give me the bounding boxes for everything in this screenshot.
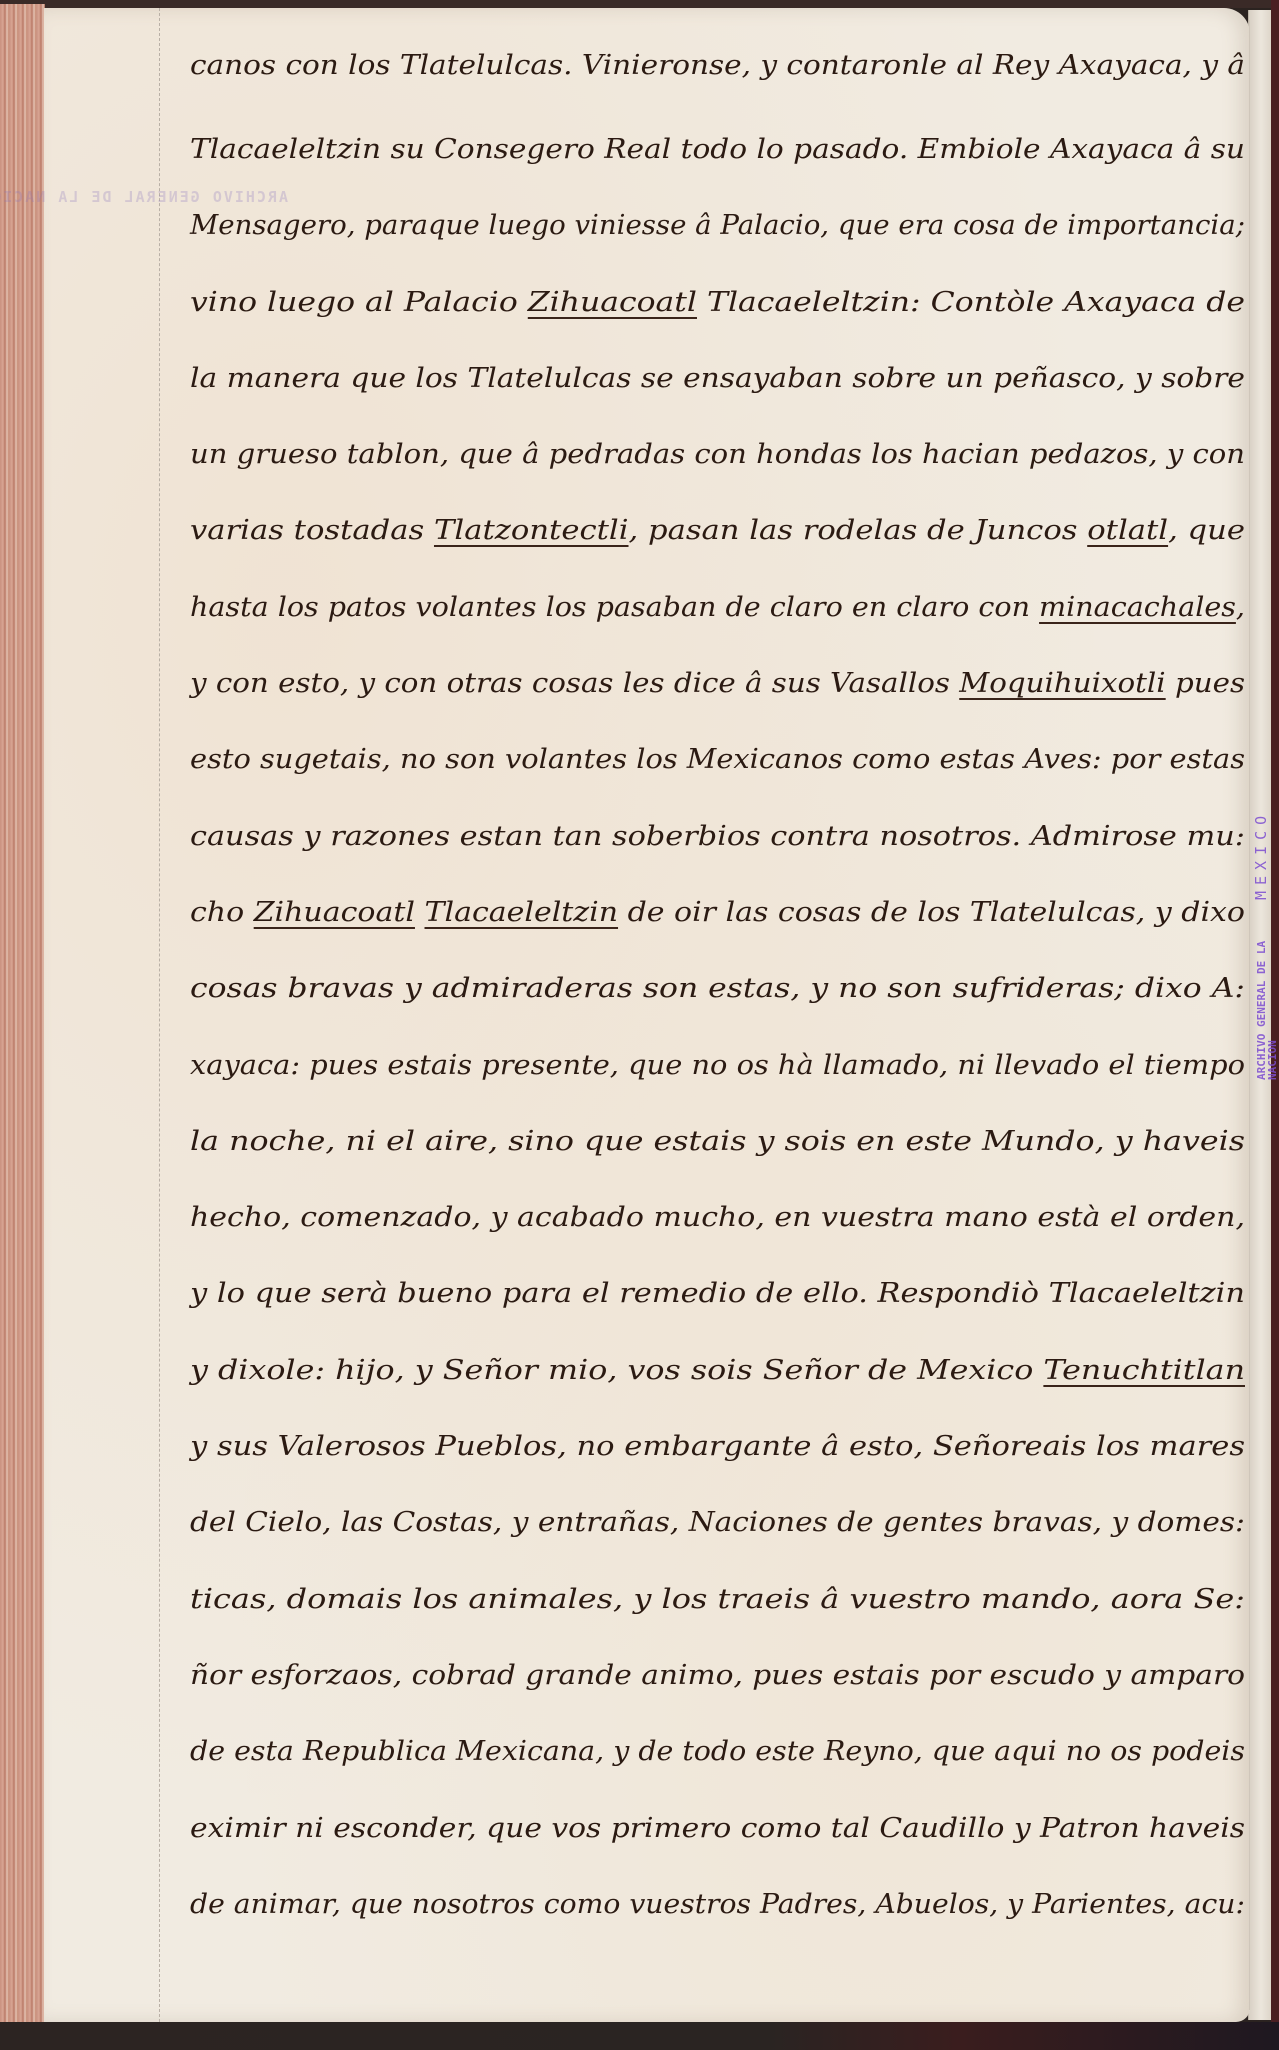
underlined-nahuatl-term: Moquihuixotli [959, 668, 1165, 699]
archive-stamp-country: MEXICO [1256, 810, 1278, 900]
underlined-nahuatl-term: Tenuchtitlan [1043, 1355, 1245, 1386]
book-cover-bottom [0, 2022, 1279, 2050]
underlined-nahuatl-term: Tlacaeleltzin [424, 897, 618, 928]
underlined-nahuatl-term: Zihuacoatl [528, 287, 697, 318]
text-line: varias tostadas Tlatzontectli, pasan las… [190, 511, 1252, 587]
text-line: eximir ni esconder, que vos primero como… [190, 1809, 1252, 1885]
text-line: hecho, comenzado, y acabado mucho, en vu… [190, 1198, 1252, 1274]
underlined-nahuatl-term: minacachales [1039, 592, 1236, 623]
text-line: del Cielo, las Costas, y entrañas, Nacio… [190, 1503, 1252, 1579]
archive-stamp: ARCHIVO GENERAL DE LA NACION MEXICO [1256, 810, 1278, 1080]
text-line: canos con los Tlatelulcas. Vinieronse, y… [190, 46, 1252, 130]
text-line: la manera que los Tlatelulcas se ensayab… [190, 359, 1252, 435]
underlined-nahuatl-term: Zihuacoatl [254, 897, 415, 928]
text-line: y lo que serà bueno para el remedio de e… [190, 1274, 1252, 1350]
text-line: vino luego al Palacio Zihuacoatl Tlacael… [190, 283, 1252, 359]
left-margin-rule [159, 8, 160, 2022]
text-line: de esta Republica Mexicana, y de todo es… [190, 1732, 1252, 1808]
text-line: causas y razones estan tan soberbios con… [190, 817, 1252, 893]
text-line: un grueso tablon, que â pedradas con hon… [190, 435, 1252, 511]
underlined-nahuatl-term: otlatl [1087, 515, 1168, 546]
text-line: Tlacaeleltzin su Consegero Real todo lo … [190, 130, 1252, 206]
text-line: ticas, domais los animales, y los traeis… [190, 1580, 1252, 1656]
text-line: ñor esforzaos, cobrad grande animo, pues… [190, 1656, 1252, 1732]
manuscript-scan: ARCHIVO GENERAL DE LA NACION ARCHIVO GEN… [0, 0, 1279, 2050]
text-line: cho Zihuacoatl Tlacaeleltzin de oir las … [190, 893, 1252, 969]
text-line: y sus Valerosos Pueblos, no embargante â… [190, 1427, 1252, 1503]
text-line: esto sugetais, no son volantes los Mexic… [190, 740, 1252, 816]
underlined-nahuatl-term: Tlatzontectli [434, 515, 629, 546]
book-cover-top [0, 0, 1279, 8]
text-line: de animar, que nosotros como vuestros Pa… [190, 1885, 1252, 1961]
text-line: xayaca: pues estais presente, que no os … [190, 1046, 1252, 1122]
manuscript-text: canos con los Tlatelulcas. Vinieronse, y… [190, 46, 1252, 1961]
text-line: y dixole: hijo, y Señor mio, vos sois Se… [190, 1351, 1252, 1427]
text-line: hasta los patos volantes los pasaban de … [190, 588, 1252, 664]
text-line: y con esto, y con otras cosas les dice â… [190, 664, 1252, 740]
text-line: la noche, ni el aire, sino que estais y … [190, 1122, 1252, 1198]
page-fore-edge [0, 4, 45, 2026]
archive-stamp-name: ARCHIVO GENERAL DE LA NACION [1256, 904, 1278, 1080]
text-line: Mensagero, paraque luego viniesse â Pala… [190, 206, 1252, 282]
text-line: cosas bravas y admiraderas son estas, y … [190, 969, 1252, 1045]
